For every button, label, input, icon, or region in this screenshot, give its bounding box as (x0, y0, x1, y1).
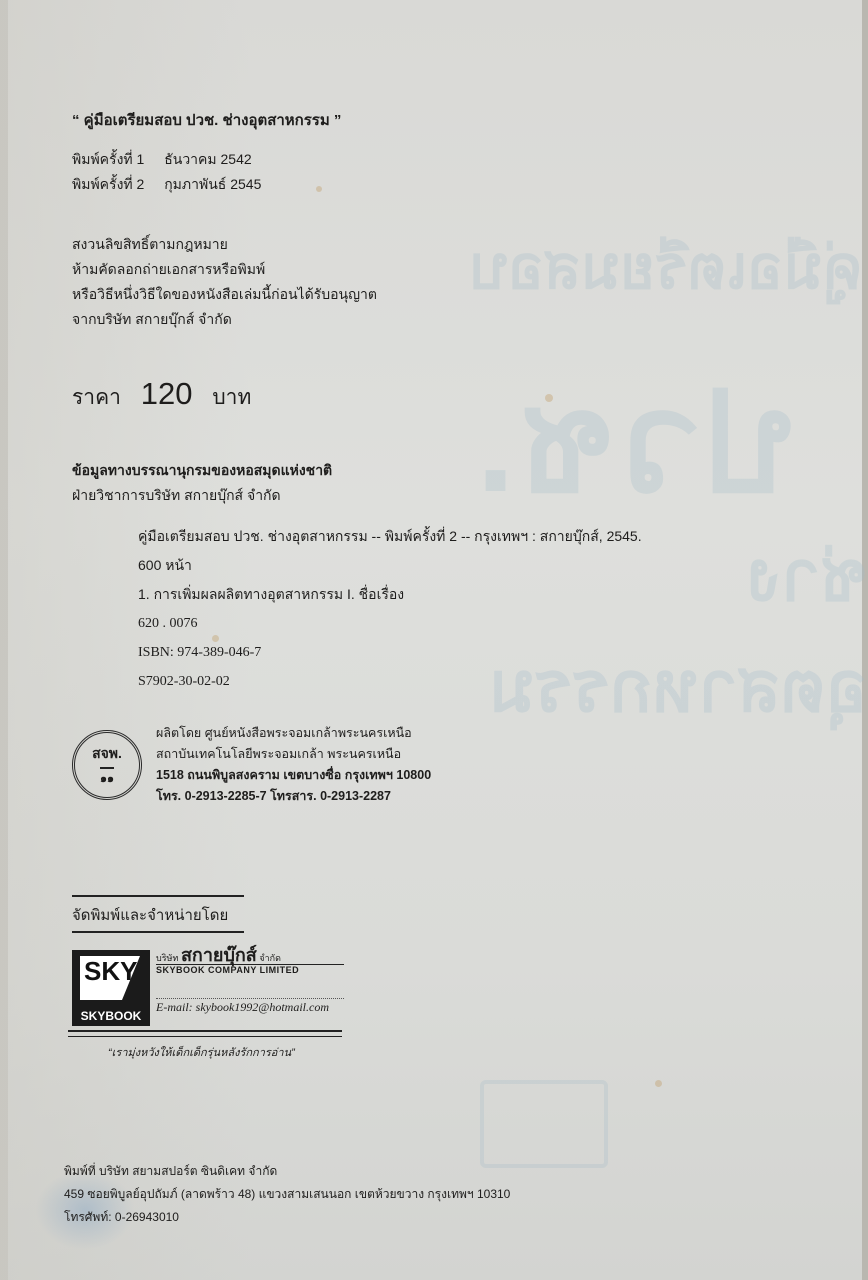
printer-address: 459 ซอยพิบูลย์อุปถัมภ์ (ลาดพร้าว 48) แขว… (64, 1183, 510, 1206)
edition-label: พิมพ์ครั้งที่ 1 (72, 151, 144, 167)
cataloging-record: คู่มือเตรียมสอบ ปวช. ช่างอุตสาหกรรม -- พ… (138, 522, 642, 696)
copyright-line: จากบริษัท สกายบุ๊กส์ จำกัด (72, 307, 377, 332)
book-title: “ คู่มือเตรียมสอบ ปวช. ช่างอุตสาหกรรม ” (72, 108, 341, 132)
stamp-text: สจพ. (92, 743, 122, 765)
company-prefix: บริษัท (156, 953, 178, 963)
skybook-logo: SKY SKYBOOK (72, 950, 150, 1026)
cover-show-through (480, 1080, 608, 1168)
paper-stain (655, 1080, 662, 1087)
copyright-notice: สงวนลิขสิทธิ์ตามกฎหมาย ห้ามคัดลอกถ่ายเอก… (72, 232, 377, 332)
edition-date: กุมภาพันธ์ 2545 (164, 176, 261, 192)
paper-stain (316, 186, 322, 192)
company-name-en: SKYBOOK COMPANY LIMITED (156, 964, 344, 976)
edition-date: ธันวาคม 2542 (164, 151, 251, 167)
copyright-line: สงวนลิขสิทธิ์ตามกฎหมาย (72, 232, 377, 257)
producer-info: ผลิตโดย ศูนย์หนังสือพระจอมเกล้าพระนครเหน… (156, 723, 431, 807)
cataloging-pages: 600 หน้า (138, 551, 642, 580)
distributor-info: บริษัท สกายบุ๊กส์ จำกัด SKYBOOK COMPANY … (156, 950, 344, 1026)
producer-block: สจพ. ๑๑ ผลิตโดย ศูนย์หนังสือพระจอมเกล้าพ… (72, 723, 431, 807)
skybook-logo-mark: SKY (80, 956, 140, 1000)
copyright-line: ห้ามคัดลอกถ่ายเอกสารหรือพิมพ์ (72, 257, 377, 282)
cover-show-through: ปวช. (470, 330, 795, 553)
cataloging-subjects: 1. การเพิ่มผลผลิตทางอุตสาหกรรม I. ชื่อเร… (138, 580, 642, 609)
printer-phone: โทรศัพท์: 0-26943010 (64, 1206, 510, 1229)
edition-line: พิมพ์ครั้งที่ 2 กุมภาพันธ์ 2545 (72, 172, 261, 197)
edition-label: พิมพ์ครั้งที่ 2 (72, 176, 144, 192)
price-unit: บาท (212, 386, 251, 409)
producer-phone: โทร. 0-2913-2285-7 โทรสาร. 0-2913-2287 (156, 786, 431, 807)
distributor-email: E-mail: skybook1992@hotmail.com (156, 999, 344, 1015)
class-number: 620 . 0076 (138, 609, 642, 638)
page-edge (862, 0, 868, 1280)
price-label: ราคา (72, 386, 121, 409)
printer-info: พิมพ์ที่ บริษัท สยามสปอร์ต ซินดิเคท จำกั… (64, 1160, 510, 1229)
cover-show-through: คู่มือเตรียมสอบ (470, 220, 863, 315)
cataloging-author: ฝ่ายวิชาการบริษัท สกายบุ๊กส์ จำกัด (72, 483, 332, 508)
price: ราคา 120 บาท (72, 376, 251, 414)
cataloging-heading: ข้อมูลทางบรรณานุกรมของหอสมุดแห่งชาติ (72, 458, 332, 483)
copyright-line: หรือวิธีหนึ่งวิธีใดของหนังสือเล่มนี้ก่อน… (72, 282, 377, 307)
company-name: สกายบุ๊กส์ (181, 945, 257, 965)
cataloging-entry: คู่มือเตรียมสอบ ปวช. ช่างอุตสาหกรรม -- พ… (138, 522, 642, 551)
isbn: ISBN: 974-389-046-7 (138, 638, 642, 667)
book-code: S7902-30-02-02 (138, 667, 642, 696)
company-name-th: บริษัท สกายบุ๊กส์ จำกัด (156, 950, 344, 964)
distributor-fine-print (156, 976, 344, 999)
divider (68, 1030, 342, 1037)
kmitnb-stamp-logo: สจพ. ๑๑ (72, 730, 142, 800)
edition-line: พิมพ์ครั้งที่ 1 ธันวาคม 2542 (72, 147, 261, 172)
distributor-label: จัดพิมพ์และจำหน่ายโดย (72, 895, 244, 933)
company-suffix: จำกัด (259, 953, 281, 963)
producer-line: ผลิตโดย ศูนย์หนังสือพระจอมเกล้าพระนครเหน… (156, 723, 431, 744)
printer-name: พิมพ์ที่ บริษัท สยามสปอร์ต ซินดิเคท จำกั… (64, 1160, 510, 1183)
stamp-emblem: ๑๑ (100, 767, 114, 787)
producer-address: 1518 ถนนพิบูลสงคราม เขตบางซื่อ กรุงเทพฯ … (156, 765, 431, 786)
slogan: “เรามุ่งหวังให้เด็กเด็กรุ่นหลังรักการอ่า… (108, 1043, 295, 1061)
cataloging-header: ข้อมูลทางบรรณานุกรมของหอสมุดแห่งชาติ ฝ่า… (72, 458, 332, 508)
paper-stain (545, 394, 553, 402)
skybook-logo-name: SKYBOOK (81, 1009, 142, 1023)
edition-list: พิมพ์ครั้งที่ 1 ธันวาคม 2542 พิมพ์ครั้งท… (72, 147, 261, 197)
distributor-block: SKY SKYBOOK บริษัท สกายบุ๊กส์ จำกัด SKYB… (72, 950, 344, 1026)
price-amount: 120 (141, 376, 193, 411)
producer-line: สถาบันเทคโนโลยีพระจอมเกล้า พระนครเหนือ (156, 744, 431, 765)
